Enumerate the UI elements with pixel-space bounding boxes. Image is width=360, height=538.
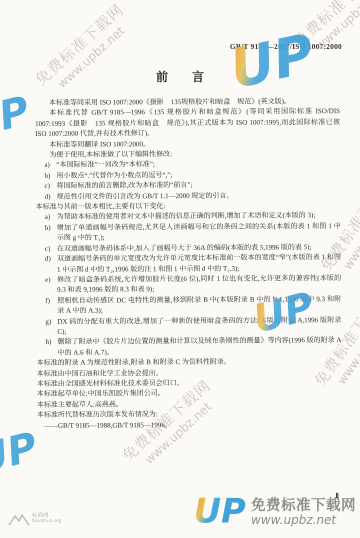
list-item: d) 双道画幅号条码的单元宽度改为允许单元宽度比本标准前一版本的宽度“窄”(本版… <box>36 252 341 275</box>
list-item-label: g) <box>45 316 57 337</box>
list-item-label: h) <box>45 337 57 358</box>
footer-site-name: 免费标准下载网 <box>251 499 356 514</box>
standard-number: GB/T 9185—2007/ISO 1007:2000 <box>230 42 342 51</box>
up-logo-glyph: UP <box>0 88 34 146</box>
corner-brand-text: 标准网 biaozhun.org <box>32 513 61 524</box>
footer-brand-text: 免费标准下载网 www.upbz.net <box>251 499 356 527</box>
up-logo-glyph: UP <box>0 424 42 482</box>
list-item-text: 照相机自动传感区 DC 电特性的测量,移到附录 B 中(本版附录 B 中的 B.… <box>57 294 341 317</box>
list-item-label: b) <box>44 171 56 181</box>
list-item-text: 双道画幅号条码的单元宽度改为允许单元宽度比本标准前一版本的宽度“窄”(本版的表 … <box>57 252 341 275</box>
paragraph: 本标准代替 GB/T 9185—1996《135 规格胶片和暗盒规范》(等同采用… <box>35 106 340 139</box>
list-item: d) 规范性引用文件的引言改为 GB/T 1.1—2000 规定的引言。 <box>36 190 341 202</box>
list-item-label: c) <box>44 181 56 191</box>
list-item: f) 照相机自动传感区 DC 电特性的测量,移到附录 B 中(本版附录 B 中的… <box>36 294 341 317</box>
list-item-label: a) <box>45 212 57 222</box>
list-item-text: 增加了单道画幅号条码规范,尤其是人读画幅号和它的条码之间的关系(本版的表 1 和… <box>57 221 341 244</box>
up-logo-icon: UP <box>193 492 247 534</box>
corner-brand-url: biaozhun.org <box>32 519 61 524</box>
watermark-text: 免费标准下载网 www.upbz.net <box>289 0 360 62</box>
list-item: e) 修改了暗盒条码系统,允许增加胶片长度(6 位),同时 1 位也有变化,允许… <box>36 273 341 296</box>
list-item-text: 删除了附录中《胶片片边位置的测量和计算以及绒布条刚性的测量》等内容(1996 版… <box>57 335 341 358</box>
list-item-label: a) <box>44 160 56 170</box>
watermark-site-url: www.upbz.net <box>45 15 138 100</box>
footer-brand: UP 免费标准下载网 www.upbz.net <box>193 492 356 534</box>
list-item: h) 删除了附录中《胶片片边位置的测量和计算以及绒布条刚性的测量》等内容(199… <box>36 335 341 358</box>
up-logo-glyph: UP <box>225 22 320 100</box>
list-item-label: f) <box>45 296 57 317</box>
list-item-text: DX 码的分配有重大的改进,增加了一种新的使用暗盒条码的方法(本版的附录 A,1… <box>57 315 341 338</box>
up-logo-icon: UP <box>223 18 339 100</box>
corner-brand: 标准网 biaozhun.org <box>8 513 61 526</box>
list-item-label: e) <box>45 275 57 296</box>
up-logo-glyph: UP <box>194 492 246 529</box>
page-title: 前 言 <box>0 68 360 85</box>
list-item-label: c) <box>45 243 57 253</box>
footer-site-url: www.upbz.net <box>251 514 356 527</box>
list-item-text: 规范性引用文件的引言改为 GB/T 1.1—2000 规定的引言。 <box>57 190 341 202</box>
scanned-standard-page: GB/T 9185—2007/ISO 1007:2000 前 言 本标准等同采用… <box>0 0 360 538</box>
list-item-text: 修改了暗盒条码系统,允许增加胶片长度(6 位),同时 1 位也有变化,允许更多的… <box>57 273 341 296</box>
list-item: g) DX 码的分配有重大的改进,增加了一种新的使用暗盒条码的方法(本版的附录 … <box>36 315 341 338</box>
list-item: b) 增加了单道画幅号条码规范,尤其是人读画幅号和它的条码之间的关系(本版的表 … <box>36 221 341 244</box>
list-item-label: b) <box>45 223 57 244</box>
list-item-label: d) <box>45 191 57 201</box>
corner-brand-name: 标准网 <box>32 513 61 519</box>
list-item-label: d) <box>45 254 57 275</box>
page-number: Ⅱ <box>336 492 339 500</box>
mountain-icon <box>8 513 30 526</box>
watermark-site-url: www.upbz.net <box>303 0 360 62</box>
foreword-body: 本标准等同采用 ISO 1007:2000《摄影 135规格胶片和暗盒 规范》(… <box>35 96 342 431</box>
paragraph: ——GB/T 9185—1988,GB/T 9185—1996。 <box>37 419 342 431</box>
